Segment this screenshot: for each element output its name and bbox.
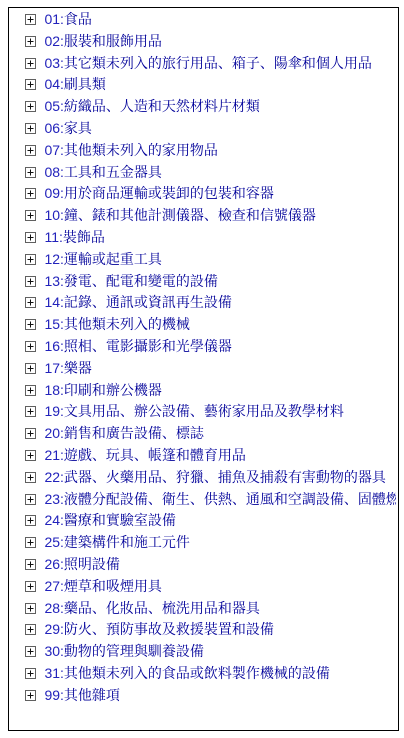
category-label: 記錄、通訊或資訊再生設備 (64, 294, 232, 310)
tree-item: 23:液體分配設備、衛生、供熱、通風和空調設備、固體燃料 (25, 489, 396, 511)
tree-item: 12:運輸或起重工具 (25, 249, 396, 271)
category-link[interactable]: 10:鐘、錶和其他計測儀器、檢查和信號儀器 (44, 207, 315, 223)
plus-box-icon[interactable] (25, 515, 36, 526)
tree-item: 16:照相、電影攝影和光學儀器 (25, 336, 396, 358)
tree-item: 24:醫療和實驗室設備 (25, 510, 396, 532)
category-link[interactable]: 14:記錄、通訊或資訊再生設備 (44, 294, 231, 310)
category-label: 醫療和實驗室設備 (64, 512, 176, 528)
category-label: 照明設備 (64, 556, 120, 572)
plus-box-icon[interactable] (25, 101, 36, 112)
category-label: 其它類未列入的旅行用品、箱子、陽傘和個人用品 (64, 55, 372, 71)
category-link[interactable]: 29:防火、預防事故及救援裝置和設備 (44, 621, 273, 637)
tree-item: 05:紡織品、人造和天然材料片材類 (25, 96, 396, 118)
category-label: 建築構件和施工元件 (64, 534, 190, 550)
category-link[interactable]: 24:醫療和實驗室設備 (44, 512, 175, 528)
category-label: 動物的管理與馴養設備 (64, 643, 204, 659)
category-link[interactable]: 20:銷售和廣告設備、標誌 (44, 425, 203, 441)
category-label: 銷售和廣告設備、標誌 (64, 425, 204, 441)
category-label: 照相、電影攝影和光學儀器 (64, 338, 232, 354)
category-label: 工具和五金器具 (64, 164, 162, 180)
category-code: 01: (44, 11, 63, 27)
category-code: 22: (44, 469, 63, 485)
tree-item: 07:其他類未列入的家用物品 (25, 140, 396, 162)
category-code: 23: (44, 491, 63, 507)
category-link[interactable]: 31:其他類未列入的食品或飲料製作機械的設備 (44, 665, 329, 681)
plus-box-icon[interactable] (25, 341, 36, 352)
plus-box-icon[interactable] (25, 123, 36, 134)
category-link[interactable]: 03:其它類未列入的旅行用品、箱子、陽傘和個人用品 (44, 55, 371, 71)
category-label: 遊戲、玩具、帳篷和體育用品 (64, 447, 246, 463)
category-link[interactable]: 23:液體分配設備、衛生、供熱、通風和空調設備、固體燃料 (44, 491, 396, 507)
category-label: 其他類未列入的食品或飲料製作機械的設備 (64, 665, 330, 681)
plus-box-icon[interactable] (25, 232, 36, 243)
tree-item: 22:武器、火藥用品、狩獵、捕魚及捕殺有害動物的器具 (25, 467, 396, 489)
tree-item: 99:其他雜項 (25, 685, 396, 707)
category-code: 31: (44, 665, 63, 681)
plus-box-icon[interactable] (25, 690, 36, 701)
category-code: 03: (44, 55, 63, 71)
plus-box-icon[interactable] (25, 494, 36, 505)
category-link[interactable]: 09:用於商品運輸或裝卸的包裝和容器 (44, 185, 273, 201)
category-label: 武器、火藥用品、狩獵、捕魚及捕殺有害動物的器具 (64, 469, 386, 485)
category-link[interactable]: 12:運輸或起重工具 (44, 251, 161, 267)
category-code: 12: (44, 251, 63, 267)
tree-item: 14:記錄、通訊或資訊再生設備 (25, 292, 396, 314)
category-link[interactable]: 30:動物的管理與馴養設備 (44, 643, 203, 659)
category-label: 文具用品、辦公設備、藝術家用品及教學材料 (64, 403, 344, 419)
category-link[interactable]: 07:其他類未列入的家用物品 (44, 142, 217, 158)
tree-item: 06:家具 (25, 118, 396, 140)
category-code: 99: (44, 687, 63, 703)
tree-item: 18:印刷和辦公機器 (25, 380, 396, 402)
category-link[interactable]: 04:刷具類 (44, 76, 105, 92)
category-code: 18: (44, 382, 63, 398)
category-link[interactable]: 06:家具 (44, 120, 91, 136)
tree-item: 08:工具和五金器具 (25, 162, 396, 184)
plus-box-icon[interactable] (25, 646, 36, 657)
plus-box-icon[interactable] (25, 668, 36, 679)
category-code: 06: (44, 120, 63, 136)
category-code: 14: (44, 294, 63, 310)
category-code: 09: (44, 185, 63, 201)
category-label: 食品 (64, 11, 92, 27)
plus-box-icon[interactable] (25, 14, 36, 25)
tree-item: 10:鐘、錶和其他計測儀器、檢查和信號儀器 (25, 205, 396, 227)
category-label: 其他雜項 (64, 687, 120, 703)
plus-box-icon[interactable] (25, 58, 36, 69)
category-code: 08: (44, 164, 63, 180)
tree-item: 21:遊戲、玩具、帳篷和體育用品 (25, 445, 396, 467)
category-code: 30: (44, 643, 63, 659)
category-link[interactable]: 17:樂器 (44, 360, 91, 376)
category-code: 24: (44, 512, 63, 528)
category-link[interactable]: 01:食品 (44, 11, 91, 27)
category-link[interactable]: 02:服裝和服飾用品 (44, 33, 161, 49)
category-label: 煙草和吸煙用具 (64, 578, 162, 594)
category-code: 20: (44, 425, 63, 441)
page-viewport: 01:食品 02:服裝和服飾用品 03:其它類未列入的旅行用品、箱子、陽傘和個人… (0, 0, 404, 738)
plus-box-icon[interactable] (25, 363, 36, 374)
plus-box-icon[interactable] (25, 537, 36, 548)
category-link[interactable]: 28:藥品、化妝品、梳洗用品和器具 (44, 600, 259, 616)
plus-box-icon[interactable] (25, 167, 36, 178)
plus-box-icon[interactable] (25, 210, 36, 221)
plus-box-icon[interactable] (25, 472, 36, 483)
tree-item: 26:照明設備 (25, 554, 396, 576)
category-link[interactable]: 05:紡織品、人造和天然材料片材類 (44, 98, 259, 114)
category-label: 液體分配設備、衛生、供熱、通風和空調設備、固體燃料 (64, 491, 396, 507)
tree-item: 20:銷售和廣告設備、標誌 (25, 423, 396, 445)
tree-item: 31:其他類未列入的食品或飲料製作機械的設備 (25, 663, 396, 685)
category-label: 服裝和服飾用品 (64, 33, 162, 49)
category-code: 02: (44, 33, 63, 49)
category-label: 家具 (64, 120, 92, 136)
category-code: 21: (44, 447, 63, 463)
tree-item: 02:服裝和服飾用品 (25, 31, 396, 53)
category-link[interactable]: 25:建築構件和施工元件 (44, 534, 189, 550)
tree-item: 03:其它類未列入的旅行用品、箱子、陽傘和個人用品 (25, 53, 396, 75)
category-link[interactable]: 21:遊戲、玩具、帳篷和體育用品 (44, 447, 245, 463)
category-code: 11: (44, 229, 62, 245)
tree-item: 19:文具用品、辦公設備、藝術家用品及教學材料 (25, 401, 396, 423)
category-code: 29: (44, 621, 63, 637)
category-code: 27: (44, 578, 63, 594)
category-label: 運輸或起重工具 (64, 251, 162, 267)
plus-box-icon[interactable] (25, 79, 36, 90)
category-link[interactable]: 15:其他類未列入的機械 (44, 316, 189, 332)
tree-item: 28:藥品、化妝品、梳洗用品和器具 (25, 598, 396, 620)
category-code: 15: (44, 316, 63, 332)
category-code: 04: (44, 76, 63, 92)
category-link[interactable]: 19:文具用品、辦公設備、藝術家用品及教學材料 (44, 403, 343, 419)
plus-box-icon[interactable] (25, 319, 36, 330)
plus-box-icon[interactable] (25, 385, 36, 396)
category-code: 16: (44, 338, 63, 354)
category-link[interactable]: 16:照相、電影攝影和光學儀器 (44, 338, 231, 354)
plus-box-icon[interactable] (25, 581, 36, 592)
tree-item: 27:煙草和吸煙用具 (25, 576, 396, 598)
category-code: 28: (44, 600, 63, 616)
classification-panel: 01:食品 02:服裝和服飾用品 03:其它類未列入的旅行用品、箱子、陽傘和個人… (8, 7, 399, 731)
plus-box-icon[interactable] (25, 450, 36, 461)
plus-box-icon[interactable] (25, 145, 36, 156)
plus-box-icon[interactable] (25, 603, 36, 614)
category-label: 刷具類 (64, 76, 106, 92)
category-link[interactable]: 22:武器、火藥用品、狩獵、捕魚及捕殺有害動物的器具 (44, 469, 385, 485)
plus-box-icon[interactable] (25, 188, 36, 199)
category-code: 26: (44, 556, 63, 572)
tree-item: 17:樂器 (25, 358, 396, 380)
category-code: 19: (44, 403, 63, 419)
category-label: 紡織品、人造和天然材料片材類 (64, 98, 260, 114)
tree-item: 13:發電、配電和變電的設備 (25, 271, 396, 293)
category-link[interactable]: 26:照明設備 (44, 556, 119, 572)
category-code: 17: (44, 360, 63, 376)
category-label: 其他類未列入的家用物品 (64, 142, 218, 158)
plus-box-icon[interactable] (25, 406, 36, 417)
category-label: 鐘、錶和其他計測儀器、檢查和信號儀器 (64, 207, 316, 223)
category-link[interactable]: 18:印刷和辦公機器 (44, 382, 161, 398)
category-label: 藥品、化妝品、梳洗用品和器具 (64, 600, 260, 616)
tree-item: 25:建築構件和施工元件 (25, 532, 396, 554)
plus-box-icon[interactable] (25, 276, 36, 287)
category-link[interactable]: 27:煙草和吸煙用具 (44, 578, 161, 594)
tree-item: 09:用於商品運輸或裝卸的包裝和容器 (25, 183, 396, 205)
category-code: 07: (44, 142, 63, 158)
tree-item: 11:裝飾品 (25, 227, 396, 249)
tree-item: 30:動物的管理與馴養設備 (25, 641, 396, 663)
category-label: 用於商品運輸或裝卸的包裝和容器 (64, 185, 274, 201)
plus-box-icon[interactable] (25, 297, 36, 308)
category-code: 05: (44, 98, 63, 114)
tree-item: 29:防火、預防事故及救援裝置和設備 (25, 619, 396, 641)
tree-item: 15:其他類未列入的機械 (25, 314, 396, 336)
category-label: 防火、預防事故及救援裝置和設備 (64, 621, 274, 637)
plus-box-icon[interactable] (25, 254, 36, 265)
plus-box-icon[interactable] (25, 36, 36, 47)
category-label: 發電、配電和變電的設備 (64, 273, 218, 289)
category-link[interactable]: 08:工具和五金器具 (44, 164, 161, 180)
category-label: 其他類未列入的機械 (64, 316, 190, 332)
category-code: 10: (44, 207, 63, 223)
tree-item: 01:食品 (25, 9, 396, 31)
category-label: 印刷和辦公機器 (64, 382, 162, 398)
category-link[interactable]: 11:裝飾品 (44, 229, 104, 245)
tree-item: 04:刷具類 (25, 74, 396, 96)
category-label: 裝飾品 (63, 229, 105, 245)
plus-box-icon[interactable] (25, 428, 36, 439)
plus-box-icon[interactable] (25, 559, 36, 570)
category-label: 樂器 (64, 360, 92, 376)
category-link[interactable]: 13:發電、配電和變電的設備 (44, 273, 217, 289)
plus-box-icon[interactable] (25, 624, 36, 635)
classification-tree: 01:食品 02:服裝和服飾用品 03:其它類未列入的旅行用品、箱子、陽傘和個人… (9, 8, 398, 707)
category-code: 25: (44, 534, 63, 550)
category-code: 13: (44, 273, 63, 289)
category-link[interactable]: 99:其他雜項 (44, 687, 119, 703)
